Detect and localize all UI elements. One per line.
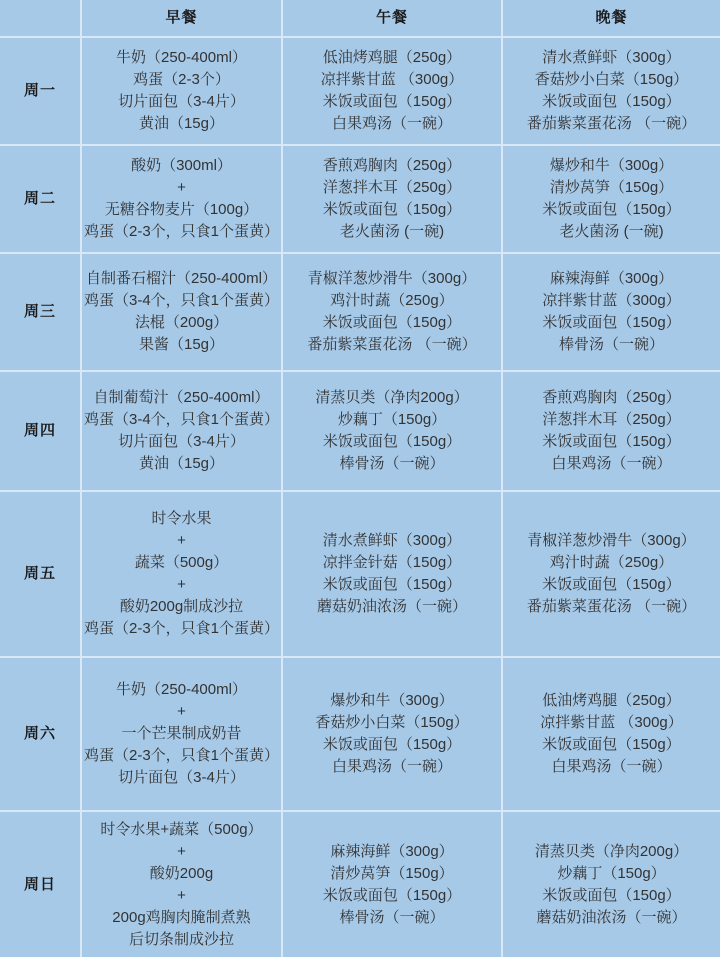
meal-cell-wednesday-dinner: 麻辣海鲜（300g） 凉拌紫甘蓝（300g） 米饭或面包（150g） 棒骨汤（一… (503, 254, 720, 370)
meal-cell-friday-breakfast: 时令水果 + 蔬菜（500g） + 酸奶200g制成沙拉 鸡蛋（2-3个，只食1… (82, 492, 281, 656)
meal-cell-tuesday-lunch: 香煎鸡胸肉（250g） 洋葱拌木耳（250g） 米饭或面包（150g） 老火菌汤… (283, 146, 501, 252)
meal-cell-saturday-breakfast: 牛奶（250-400ml） + 一个芒果制成奶昔 鸡蛋（2-3个，只食1个蛋黄）… (82, 658, 281, 810)
day-label-sunday: 周日 (0, 812, 80, 957)
meal-cell-thursday-breakfast: 自制葡萄汁（250-400ml） 鸡蛋（3-4个，只食1个蛋黄） 切片面包（3-… (82, 372, 281, 490)
day-label-wednesday: 周三 (0, 254, 80, 370)
meal-cell-friday-dinner: 青椒洋葱炒滑牛（300g） 鸡汁时蔬（250g） 米饭或面包（150g） 番茄紫… (503, 492, 720, 656)
meal-cell-wednesday-lunch: 青椒洋葱炒滑牛（300g） 鸡汁时蔬（250g） 米饭或面包（150g） 番茄紫… (283, 254, 501, 370)
meal-cell-saturday-lunch: 爆炒和牛（300g） 香菇炒小白菜（150g） 米饭或面包（150g） 白果鸡汤… (283, 658, 501, 810)
column-header-lunch: 午餐 (283, 0, 501, 36)
day-label-thursday: 周四 (0, 372, 80, 490)
meal-cell-wednesday-breakfast: 自制番石榴汁（250-400ml） 鸡蛋（3-4个，只食1个蛋黄） 法棍（200… (82, 254, 281, 370)
meal-cell-monday-breakfast: 牛奶（250-400ml） 鸡蛋（2-3个） 切片面包（3-4片） 黄油（15g… (82, 38, 281, 144)
meal-cell-tuesday-dinner: 爆炒和牛（300g） 清炒莴笋（150g） 米饭或面包（150g） 老火菌汤 (… (503, 146, 720, 252)
meal-cell-sunday-lunch: 麻辣海鲜（300g） 清炒莴笋（150g） 米饭或面包（150g） 棒骨汤（一碗… (283, 812, 501, 957)
meal-cell-sunday-breakfast: 时令水果+蔬菜（500g） + 酸奶200g + 200g鸡胸肉腌制煮熟 后切条… (82, 812, 281, 957)
meal-cell-monday-dinner: 清水煮鲜虾（300g） 香菇炒小白菜（150g） 米饭或面包（150g） 番茄紫… (503, 38, 720, 144)
meal-cell-thursday-dinner: 香煎鸡胸肉（250g） 洋葱拌木耳（250g） 米饭或面包（150g） 白果鸡汤… (503, 372, 720, 490)
day-label-saturday: 周六 (0, 658, 80, 810)
day-label-tuesday: 周二 (0, 146, 80, 252)
day-label-friday: 周五 (0, 492, 80, 656)
meal-cell-tuesday-breakfast: 酸奶（300ml） + 无糖谷物麦片（100g） 鸡蛋（2-3个，只食1个蛋黄） (82, 146, 281, 252)
meal-cell-sunday-dinner: 清蒸贝类（净肉200g） 炒藕丁（150g） 米饭或面包（150g） 蘑菇奶油浓… (503, 812, 720, 957)
weekly-meal-plan-table: 早餐 午餐 晚餐 周一 牛奶（250-400ml） 鸡蛋（2-3个） 切片面包（… (0, 0, 720, 957)
meal-cell-friday-lunch: 清水煮鲜虾（300g） 凉拌金针菇（150g） 米饭或面包（150g） 蘑菇奶油… (283, 492, 501, 656)
meal-cell-monday-lunch: 低油烤鸡腿（250g） 凉拌紫甘蓝 （300g） 米饭或面包（150g） 白果鸡… (283, 38, 501, 144)
corner-cell (0, 0, 80, 36)
day-label-monday: 周一 (0, 38, 80, 144)
column-header-breakfast: 早餐 (82, 0, 281, 36)
meal-cell-saturday-dinner: 低油烤鸡腿（250g） 凉拌紫甘蓝 （300g） 米饭或面包（150g） 白果鸡… (503, 658, 720, 810)
column-header-dinner: 晚餐 (503, 0, 720, 36)
meal-cell-thursday-lunch: 清蒸贝类（净肉200g） 炒藕丁（150g） 米饭或面包（150g） 棒骨汤（一… (283, 372, 501, 490)
